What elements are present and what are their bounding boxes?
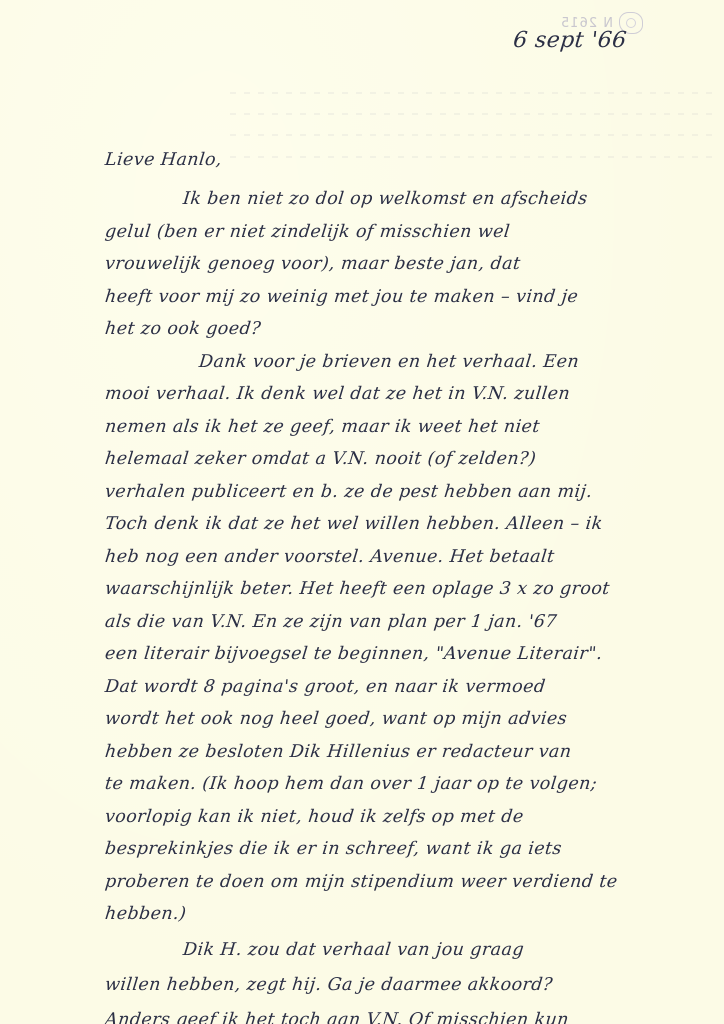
letter-line: hebben ze besloten Dik Hillenius er reda… [104,742,706,762]
letter-line: besprekinkjes die ik er in schreef, want… [104,839,706,859]
letter-line: heeft voor mij zo weinig met jou te make… [104,287,706,307]
salutation: Lieve Hanlo, [104,150,706,170]
bleed-through-line [230,113,714,115]
letter-line: wordt het ook nog heel goed, want op mij… [104,709,706,729]
letter-page: N 2615 6 sept '66 Lieve Hanlo, Ik ben ni… [0,0,724,1024]
letter-date: 6 sept '66 [512,28,628,53]
letter-line: het zo ook goed? [104,319,706,339]
letter-line: heb nog een ander voorstel. Avenue. Het … [104,547,706,567]
letter-line: nemen als ik het ze geef, maar ik weet h… [104,417,706,437]
letter-line: proberen te doen om mijn stipendium weer… [104,872,706,892]
letter-line: willen hebben, zegt hij. Ga je daarmee a… [104,975,706,995]
letter-line: te maken. (Ik hoop hem dan over 1 jaar o… [104,774,706,794]
letter-line: Toch denk ik dat ze het wel willen hebbe… [104,514,706,534]
letter-line: verhalen publiceert en b. ze de pest heb… [104,482,706,502]
letter-line: Ik ben niet zo dol op welkomst en afsche… [182,189,724,209]
bleed-through-line [230,92,714,94]
letter-line: een literair bijvoegsel te beginnen, "Av… [104,644,706,664]
letter-line: Dank voor je brieven en het verhaal. Een [198,352,724,372]
letter-line: vrouwelijk genoeg voor), maar beste jan,… [104,254,706,274]
bleed-through-line [230,134,714,136]
letter-line: Dat wordt 8 pagina's groot, en naar ik v… [104,677,706,697]
letter-line: Dik H. zou dat verhaal van jou graag [182,940,724,960]
letter-line: gelul (ben er niet zindelijk of misschie… [104,222,706,242]
letter-line: voorlopig kan ik niet, houd ik zelfs op … [104,807,706,827]
letter-line: als die van V.N. En ze zijn van plan per… [104,612,706,632]
letter-line: waarschijnlijk beter. Het heeft een opla… [104,579,706,599]
letter-line: Anders geef ik het toch aan V.N. Of miss… [104,1010,706,1024]
letter-line: mooi verhaal. Ik denk wel dat ze het in … [104,384,706,404]
letter-line: helemaal zeker omdat a V.N. nooit (of ze… [104,449,706,469]
letter-line: hebben.) [104,904,706,924]
